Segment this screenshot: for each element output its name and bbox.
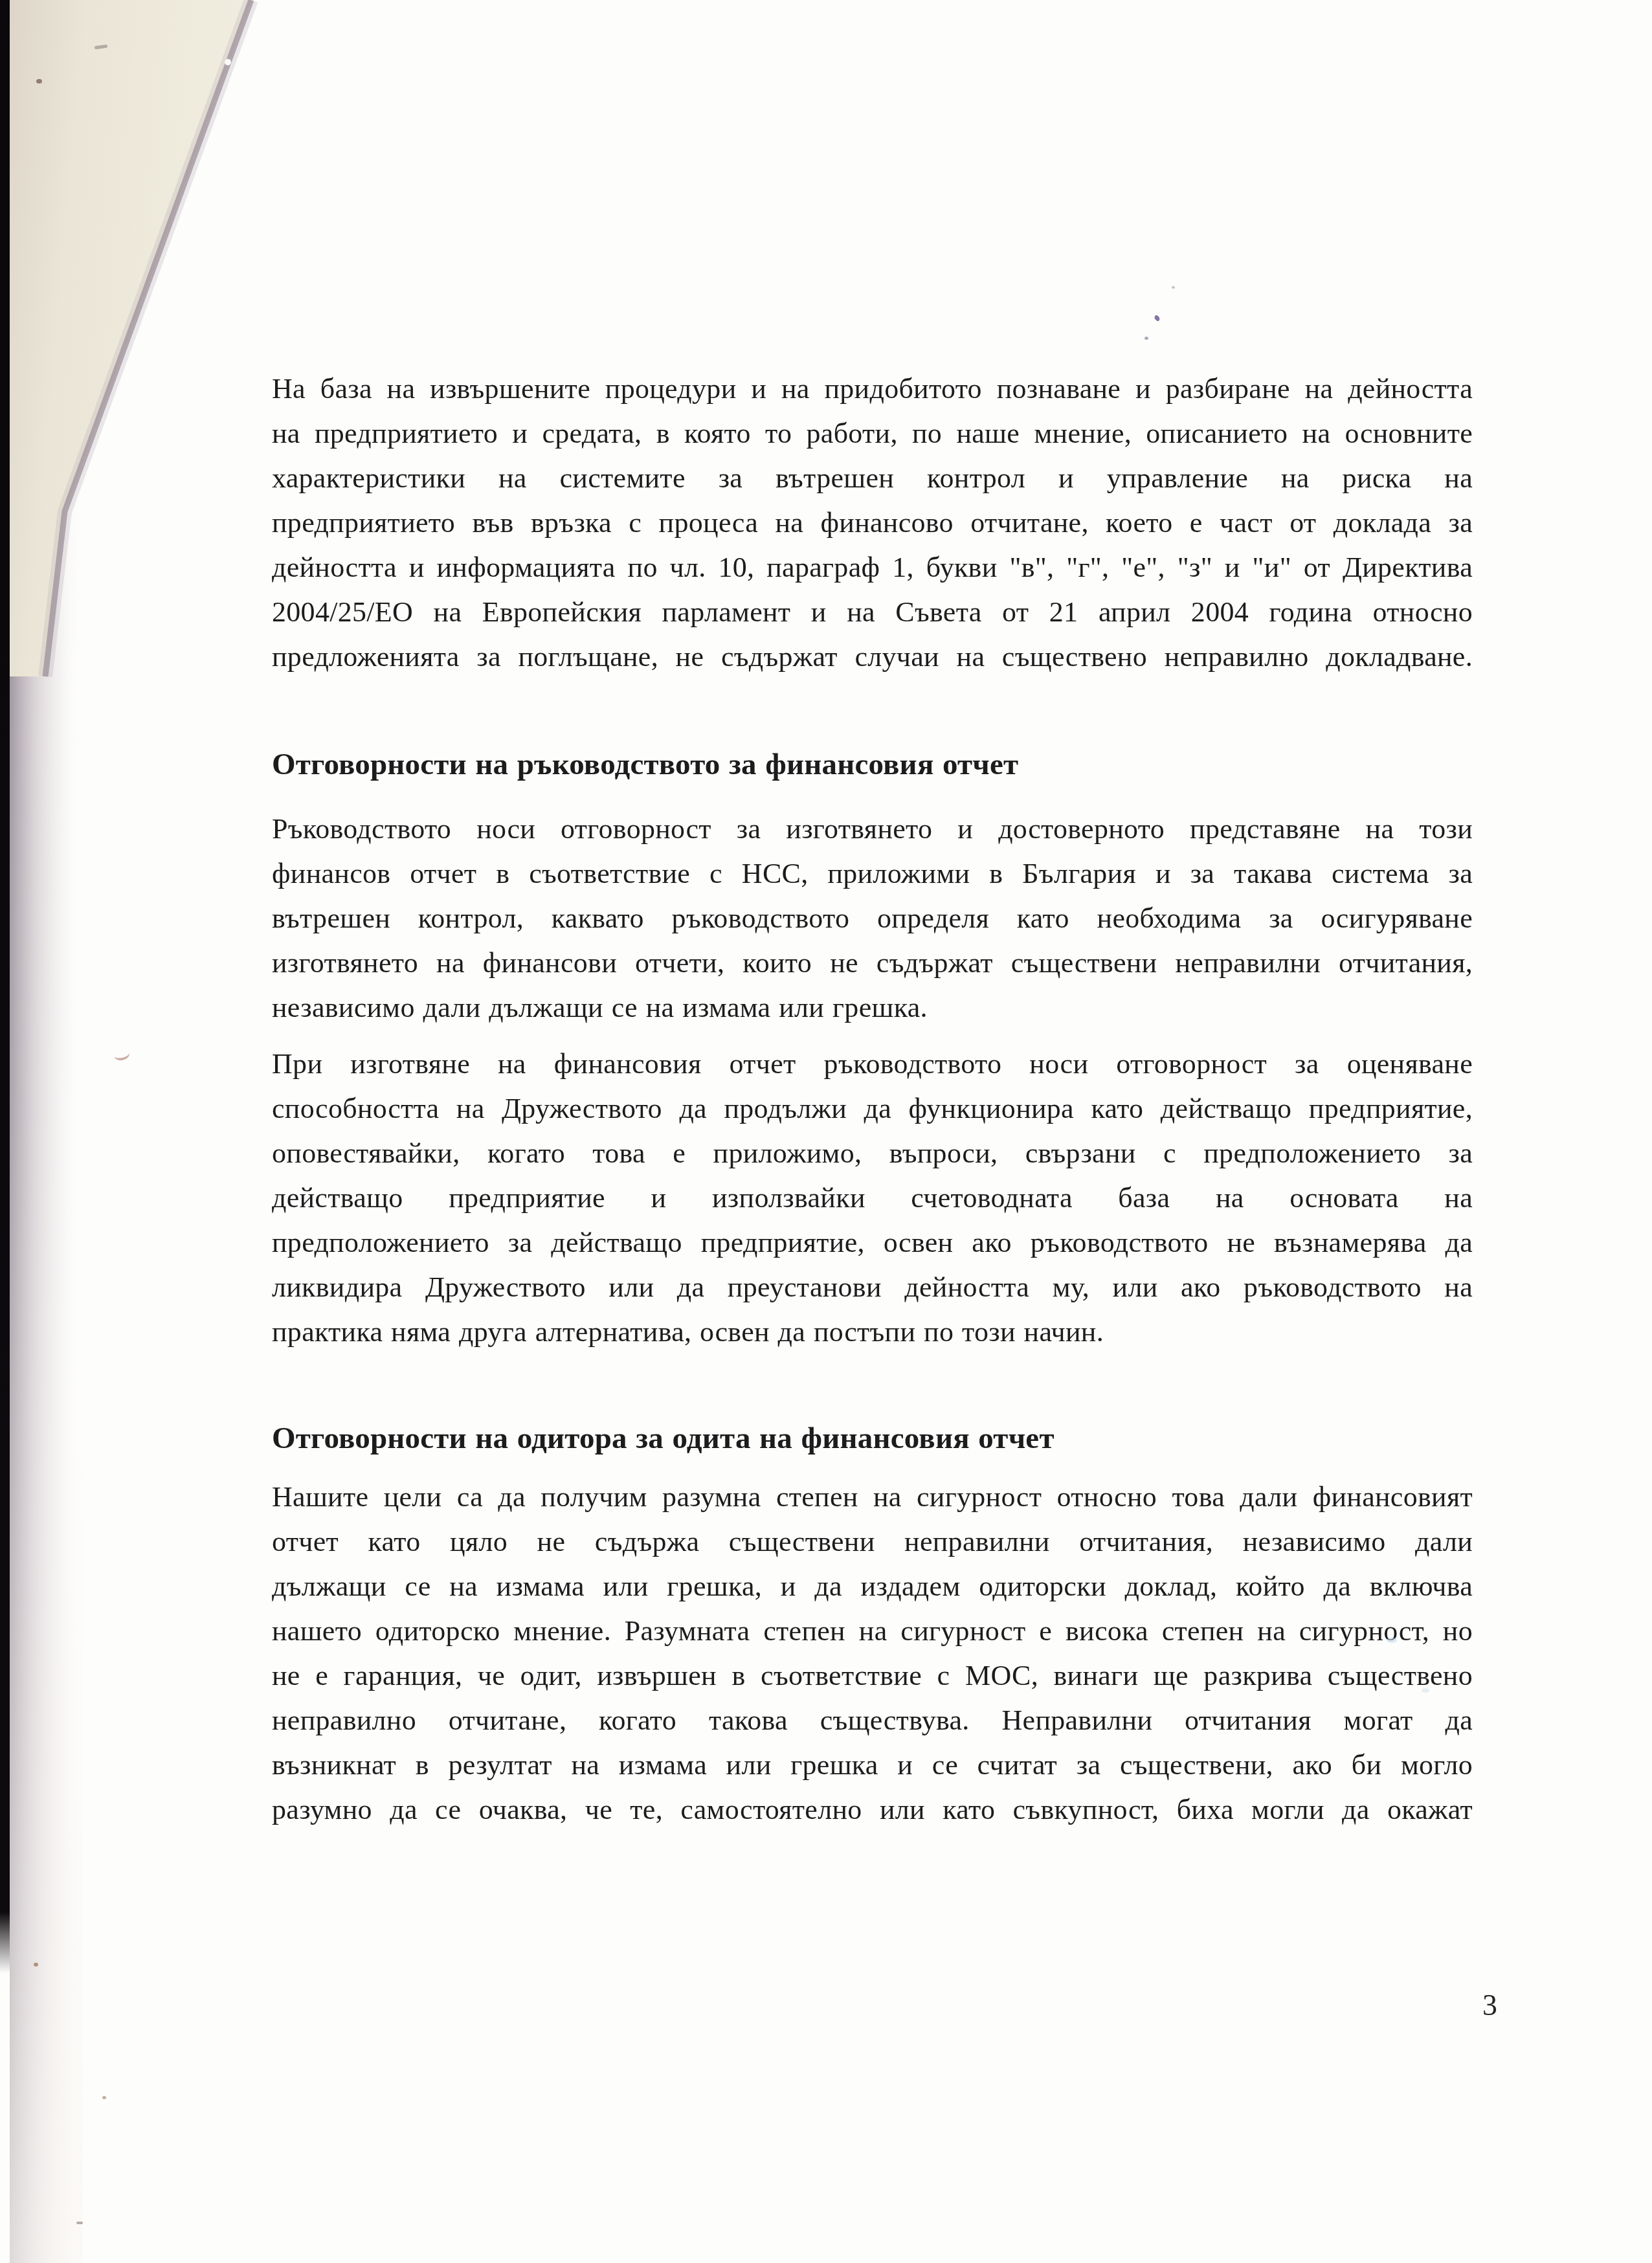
text-line: нашето одиторско мнение. Разумната степе… xyxy=(272,1609,1473,1653)
scan-fold-artifact xyxy=(0,0,278,2263)
text-line: При изготвяне на финансовия отчет ръково… xyxy=(272,1042,1473,1086)
folded-corner xyxy=(10,0,251,676)
fold-edge-glint xyxy=(225,59,231,65)
text-line: характеристики на системите за вътрешен … xyxy=(272,456,1473,500)
text-line: предприятието във връзка с процеса на фи… xyxy=(272,500,1473,545)
scan-speck xyxy=(76,2222,83,2224)
text-line: отчет като цяло не съдържа съществени не… xyxy=(272,1519,1473,1564)
text-line: възникнат в резултат на измама или грешк… xyxy=(272,1743,1473,1787)
text-line: способността на Дружеството да продължи … xyxy=(272,1086,1473,1131)
text-line: неправилно отчитане, когато такова същес… xyxy=(272,1698,1473,1743)
scanner-edge-black xyxy=(0,0,10,2263)
paragraph-basis-conclusion: На база на извършените процедури и на пр… xyxy=(272,366,1473,679)
paragraph-management-responsibility: Ръководството носи отговорност за изготв… xyxy=(272,807,1473,1030)
text-line: дължащи се на измама или грешка, и да из… xyxy=(272,1564,1473,1609)
text-line: изготвянето на финансови отчети, които н… xyxy=(272,941,1473,985)
scan-speck xyxy=(34,1963,38,1967)
text-line: Ръководството носи отговорност за изготв… xyxy=(272,807,1473,851)
text-line: на предприятието и средата, в която то р… xyxy=(272,411,1473,456)
text-line: оповестявайки, когато това е приложимо, … xyxy=(272,1131,1473,1176)
scan-speck xyxy=(113,1047,130,1062)
text-line: 2004/25/ЕО на Европейския парламент и на… xyxy=(272,590,1473,634)
fold-edge-shadow xyxy=(45,0,251,676)
text-line: вътрешен контрол, каквато ръководството … xyxy=(272,896,1473,941)
scan-speck xyxy=(1172,286,1175,289)
report-body: На база на извършените процедури и на пр… xyxy=(272,366,1473,1832)
text-line: финансов отчет в съответствие с НСС, при… xyxy=(272,851,1473,896)
heading-auditor-responsibilities: Отговорности на одитора за одита на фина… xyxy=(272,1416,1473,1461)
scanned-document-page: На база на извършените процедури и на пр… xyxy=(0,0,1652,2263)
text-line: На база на извършените процедури и на пр… xyxy=(272,366,1473,411)
text-line: практика няма друга алтернатива, освен д… xyxy=(272,1310,1473,1354)
scan-speck xyxy=(1154,315,1161,322)
text-line: Нашите цели са да получим разумна степен… xyxy=(272,1475,1473,1519)
text-line: действащо предприятие и използвайки счет… xyxy=(272,1176,1473,1220)
paragraph-going-concern: При изготвяне на финансовия отчет ръково… xyxy=(272,1042,1473,1354)
scan-speck xyxy=(102,2096,106,2099)
page-number: 3 xyxy=(1482,1989,1497,2022)
paragraph-auditor-objectives: Нашите цели са да получим разумна степен… xyxy=(272,1475,1473,1832)
text-line: независимо дали дължащи се на измама или… xyxy=(272,985,1473,1030)
text-line: предложенията за поглъщане, не съдържат … xyxy=(272,634,1473,679)
text-line: ликвидира Дружеството или да преустанови… xyxy=(272,1265,1473,1310)
text-line: разумно да се очаква, че те, самостоятел… xyxy=(272,1787,1473,1832)
heading-management-responsibilities: Отговорности на ръководството за финансо… xyxy=(272,742,1473,787)
text-line: предположението за действащо предприятие… xyxy=(272,1220,1473,1265)
text-line: не е гаранция, че одит, извършен в съотв… xyxy=(272,1653,1473,1698)
text-line: дейността и информацията по чл. 10, пара… xyxy=(272,545,1473,590)
scan-speck xyxy=(95,45,108,50)
scan-gradient-band xyxy=(10,0,82,2263)
scan-speck xyxy=(1144,337,1148,340)
scan-speck xyxy=(36,79,42,84)
